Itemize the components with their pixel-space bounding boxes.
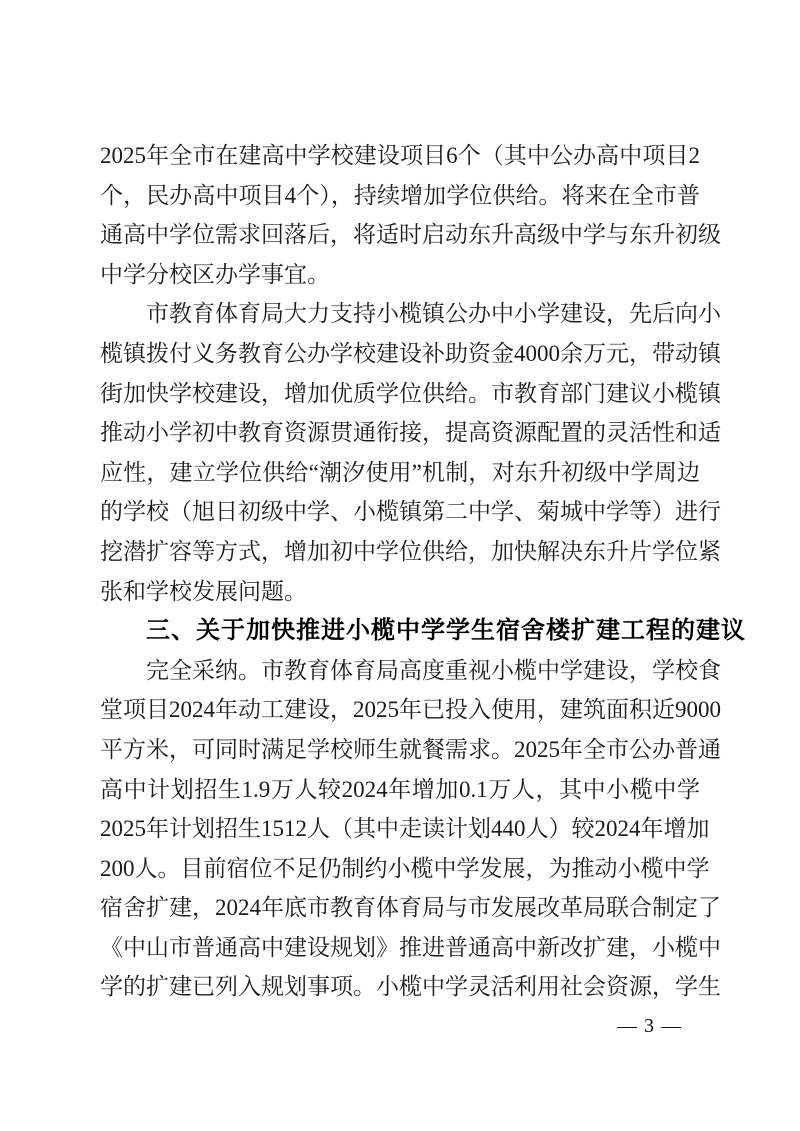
body-text-line: 2025年全市在建高中学校建设项目6个（其中公办高中项目2 (100, 136, 700, 176)
body-text-line: 堂项目2024年动工建设，2025年已投入使用，建筑面积近9000 (100, 690, 700, 730)
body-text-line: 张和学校发展问题。 (100, 572, 700, 612)
body-text-line: 的学校（旭日初级中学、小榄镇第二中学、菊城中学等）进行 (100, 492, 700, 532)
body-text-line: 挖潜扩容等方式，增加初中学位供给，加快解决东升片学位紧 (100, 532, 700, 572)
document-page: 2025年全市在建高中学校建设项目6个（其中公办高中项目2个，民办高中项目4个）… (0, 0, 800, 1131)
body-text-line: 街加快学校建设，增加优质学位供给。市教育部门建议小榄镇 (100, 374, 700, 414)
body-text-line: 中学分校区办学事宜。 (100, 255, 700, 295)
body-text-line: 应性，建立学位供给“潮汐使用”机制，对东升初级中学周边 (100, 453, 700, 493)
section-heading: 三、关于加快推进小榄中学学生宿舍楼扩建工程的建议 (100, 611, 700, 651)
body-text-line: 榄镇拨付义务教育公办学校建设补助资金4000余万元，带动镇 (100, 334, 700, 374)
body-text-line: 推动小学初中教育资源贯通衔接，提高资源配置的灵活性和适 (100, 413, 700, 453)
body-text-line: 2025年计划招生1512人（其中走读计划440人）较2024年增加 (100, 809, 700, 849)
page-number: — 3 — (617, 1014, 682, 1038)
body-text-line: 完全采纳。市教育体育局高度重视小榄中学建设，学校食 (100, 651, 700, 691)
body-text-line: 市教育体育局大力支持小榄镇公办中小学建设，先后向小 (100, 294, 700, 334)
body-text-line: 平方米，可同时满足学校师生就餐需求。2025年全市公办普通 (100, 730, 700, 770)
body-text-line: 高中计划招生1.9万人较2024年增加0.1万人，其中小榄中学 (100, 770, 700, 810)
body-text-line: 通高中学位需求回落后，将适时启动东升高级中学与东升初级 (100, 215, 700, 255)
body-text-line: 宿舍扩建，2024年底市教育体育局与市发展改革局联合制定了 (100, 888, 700, 928)
body-text-line: 200人。目前宿位不足仍制约小榄中学发展，为推动小榄中学 (100, 849, 700, 889)
body-text-line: 个，民办高中项目4个），持续增加学位供给。将来在全市普 (100, 176, 700, 216)
body-text-line: 学的扩建已列入规划事项。小榄中学灵活利用社会资源，学生 (100, 967, 700, 1007)
body-text-line: 《中山市普通高中建设规划》推进普通高中新改扩建，小榄中 (100, 928, 700, 968)
document-body: 2025年全市在建高中学校建设项目6个（其中公办高中项目2个，民办高中项目4个）… (100, 136, 700, 1007)
